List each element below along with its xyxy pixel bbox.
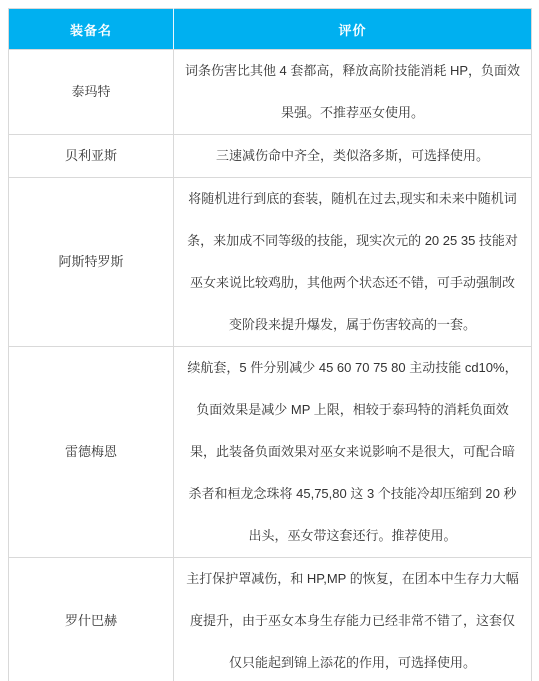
equipment-review-table-container: 装备名 评价 泰玛特 词条伤害比其他 4 套都高，释放高阶技能消耗 HP，负面效… <box>8 8 531 681</box>
table-header-row: 装备名 评价 <box>9 9 532 50</box>
review-cell: 主打保护罩减伤，和 HP,MP 的恢复，在团本中生存力大幅度提升，由于巫女本身生… <box>174 558 532 681</box>
table-row: 阿斯特罗斯 将随机进行到底的套装，随机在过去,现实和未来中随机词条，来加成不同等… <box>9 178 532 347</box>
review-cell: 续航套，5 件分别减少 45 60 70 75 80 主动技能 cd10%，负面… <box>174 347 532 558</box>
review-cell: 词条伤害比其他 4 套都高，释放高阶技能消耗 HP，负面效果强。不推荐巫女使用。 <box>174 50 532 135</box>
review-cell: 三速减伤命中齐全，类似洛多斯，可选择使用。 <box>174 135 532 178</box>
equipment-name-cell: 罗什巴赫 <box>9 558 174 681</box>
table-row: 雷德梅恩 续航套，5 件分别减少 45 60 70 75 80 主动技能 cd1… <box>9 347 532 558</box>
equipment-name-cell: 贝利亚斯 <box>9 135 174 178</box>
column-header-review: 评价 <box>174 9 532 50</box>
equipment-review-table: 装备名 评价 泰玛特 词条伤害比其他 4 套都高，释放高阶技能消耗 HP，负面效… <box>8 8 532 681</box>
table-row: 泰玛特 词条伤害比其他 4 套都高，释放高阶技能消耗 HP，负面效果强。不推荐巫… <box>9 50 532 135</box>
equipment-name-cell: 阿斯特罗斯 <box>9 178 174 347</box>
table-row: 罗什巴赫 主打保护罩减伤，和 HP,MP 的恢复，在团本中生存力大幅度提升，由于… <box>9 558 532 681</box>
review-cell: 将随机进行到底的套装，随机在过去,现实和未来中随机词条，来加成不同等级的技能，现… <box>174 178 532 347</box>
column-header-equipment-name: 装备名 <box>9 9 174 50</box>
equipment-name-cell: 雷德梅恩 <box>9 347 174 558</box>
table-row: 贝利亚斯 三速减伤命中齐全，类似洛多斯，可选择使用。 <box>9 135 532 178</box>
equipment-name-cell: 泰玛特 <box>9 50 174 135</box>
